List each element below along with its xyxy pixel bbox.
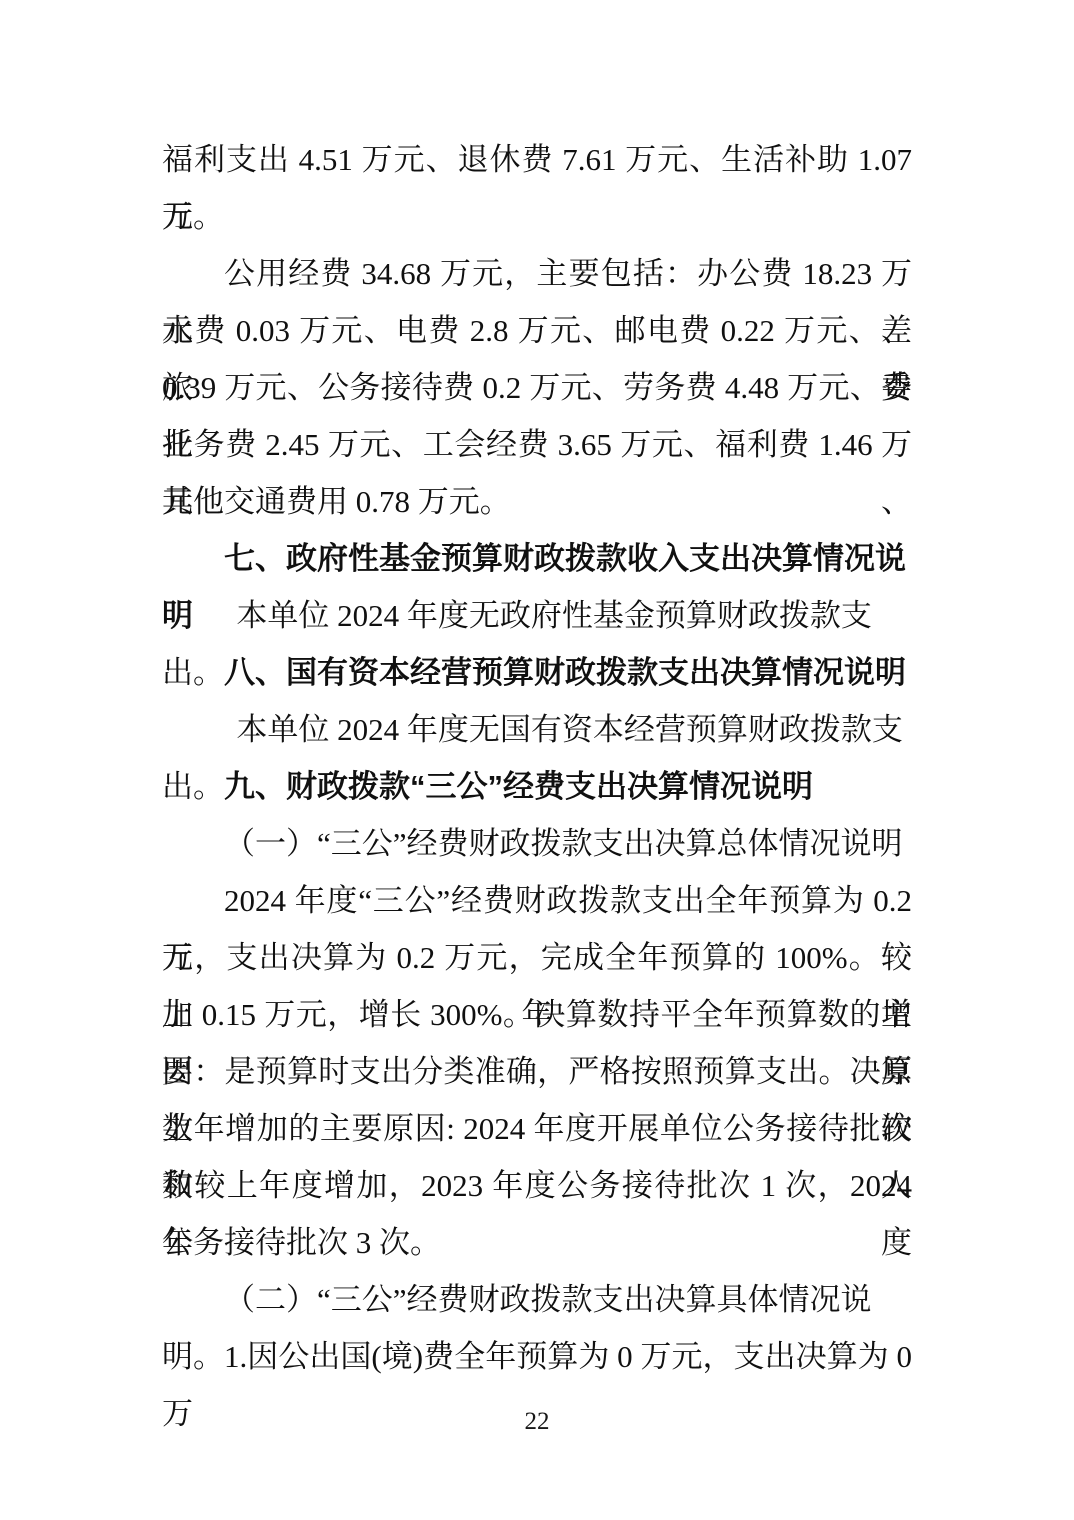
- text-line: 本单位 2024 年度无国有资本经营预算财政拨款支出。: [162, 701, 912, 758]
- text-line: 水费 0.03 万元、电费 2.8 万元、邮电费 0.22 万元、差旅费: [162, 302, 912, 359]
- page-footer: 22: [0, 1408, 1074, 1436]
- subsection-title: （二）“三公”经费财政拨款支出决算具体情况说明。: [162, 1271, 912, 1328]
- text-line: 福利支出 4.51 万元、退休费 7.61 万元、生活补助 1.07 万: [162, 131, 912, 188]
- text-line: 因：是预算时支出分类准确，严格按照预算支出。决算数较: [162, 1043, 912, 1100]
- text-line: 数较上年度增加，2023 年度公务接待批次 1 次，2024 年度: [162, 1157, 912, 1214]
- text-line: 2024 年度“三公”经费财政拨款支出全年预算为 0.2 万: [162, 872, 912, 929]
- text-line: 公用经费 34.68 万元，主要包括：办公费 18.23 万元、: [162, 245, 912, 302]
- text-line: 1.因公出国(境)费全年预算为 0 万元，支出决算为 0 万: [162, 1328, 912, 1385]
- subsection-title: （一）“三公”经费财政拨款支出决算总体情况说明: [162, 815, 912, 872]
- section-heading-7: 七、政府性基金预算财政拨款收入支出决算情况说明: [162, 530, 912, 587]
- text-line: 加 0.15 万元，增长 300%。决算数持平全年预算数的主要原: [162, 986, 912, 1043]
- document-page: 福利支出 4.51 万元、退休费 7.61 万元、生活补助 1.07 万 元。 …: [0, 0, 1074, 1520]
- document-body: 福利支出 4.51 万元、退休费 7.61 万元、生活补助 1.07 万 元。 …: [162, 131, 912, 1385]
- text-line: 元。: [162, 188, 912, 245]
- section-heading-9: 九、财政拨款“三公”经费支出决算情况说明: [162, 758, 912, 815]
- text-line: 元，支出决算为 0.2 万元，完成全年预算的 100%。较上年增: [162, 929, 912, 986]
- text-line: 上年增加的主要原因: 2024 年度开展单位公务接待批次和人: [162, 1100, 912, 1157]
- page-number: 22: [525, 1408, 550, 1435]
- text-line: 本单位 2024 年度无政府性基金预算财政拨款支出。: [162, 587, 912, 644]
- text-line: 0.39 万元、公务接待费 0.2 万元、劳务费 4.48 万元、委托: [162, 359, 912, 416]
- section-heading-8: 八、国有资本经营预算财政拨款支出决算情况说明: [162, 644, 912, 701]
- text-line: 业务费 2.45 万元、工会经费 3.65 万元、福利费 1.46 万元、: [162, 416, 912, 473]
